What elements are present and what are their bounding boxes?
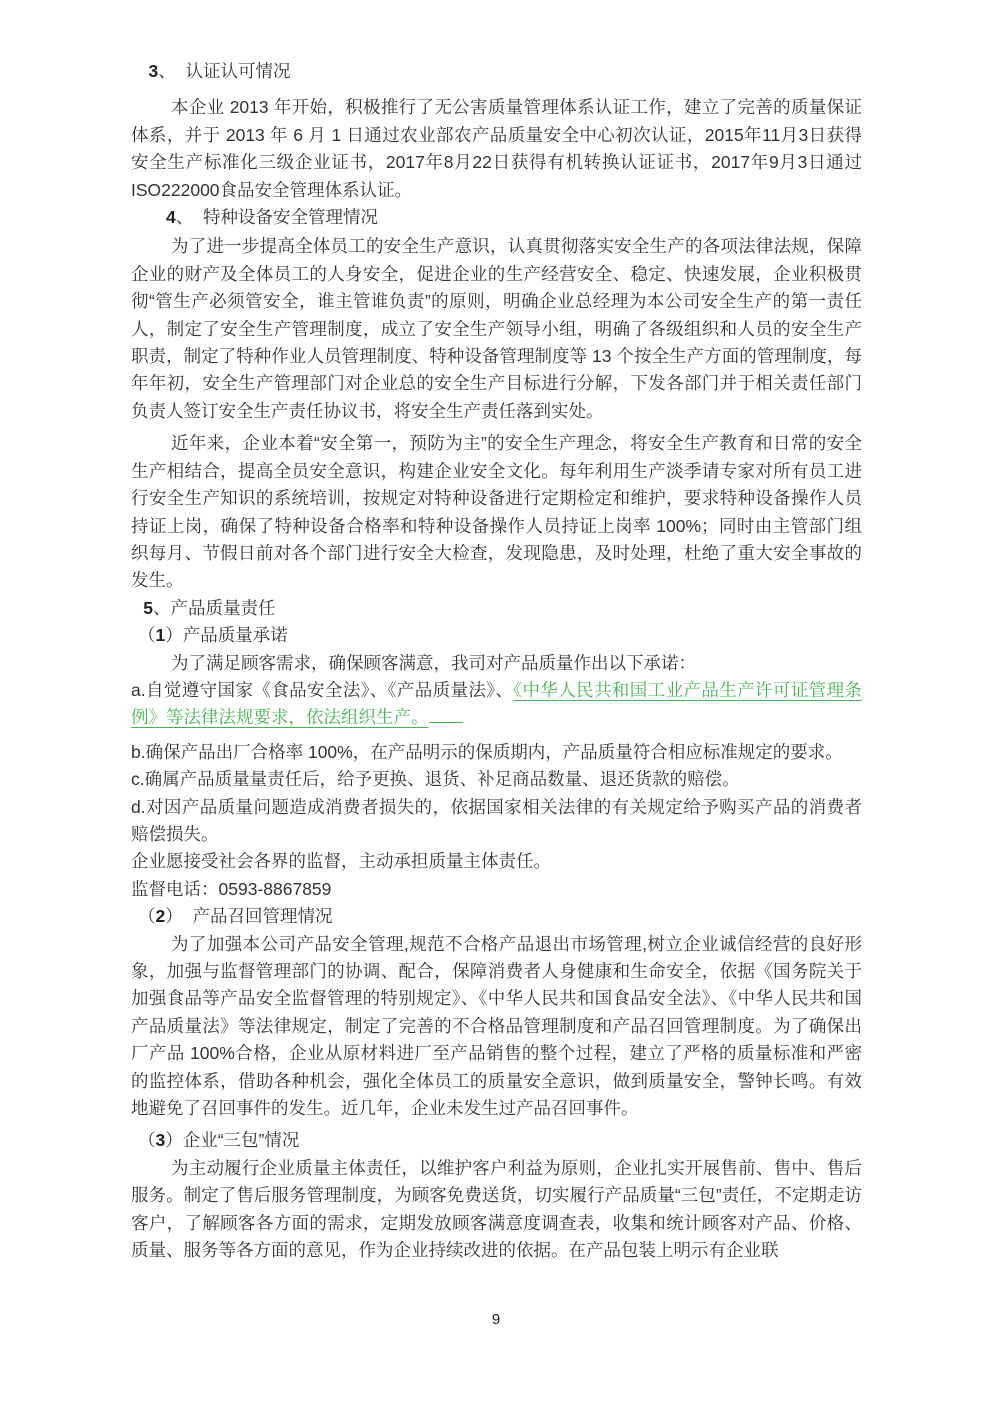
para-supervision-statement: 企业愿接受社会各界的监督，主动承担质量主体责任。 [131, 848, 862, 875]
heading-text: 产品召回管理情况 [192, 906, 332, 926]
para-commitment-intro: 为了满足顾客需求，确保顾客满意，我司对产品质量作出以下承诺： [131, 650, 862, 677]
heading-number: 3 [149, 61, 159, 81]
document-page: 3、 认证认可情况本企业 2013 年开始，积极推行了无公害质量管理体系认证工作… [0, 0, 992, 1402]
heading-text: 企业“三包”情况 [183, 1130, 300, 1150]
para-safety-management-2: 近年来，企业本着“安全第一，预防为主”的安全生产理念，将安全生产教育和日常的安全… [131, 430, 862, 594]
link-underline-tail [429, 707, 463, 724]
heading-text: 产品质量责任 [170, 598, 275, 618]
heading-number: 4 [166, 207, 176, 227]
heading-text: 认证认可情况 [185, 61, 290, 81]
heading-5-2-product-recall: （2） 产品召回管理情况 [131, 903, 862, 930]
para-three-guarantees: 为主动履行企业质量主体责任，以维护客户利益为原则，企业扎实开展售前、售中、售后服… [131, 1155, 862, 1265]
heading-3-certification: 3、 认证认可情况 [131, 58, 862, 85]
heading-text: 特种设备安全管理情况 [203, 207, 378, 227]
heading-5-product-quality-responsibility: 5、产品质量责任 [131, 595, 862, 622]
document-content: 3、 认证认可情况本企业 2013 年开始，积极推行了无公害质量管理体系认证工作… [131, 58, 862, 1264]
para-commitment-b: b.确保产品出厂合格率 100%，在产品明示的保质期内，产品质量符合相应标准规定… [131, 739, 862, 766]
heading-text: ） [165, 906, 192, 926]
heading-text: （ [138, 1130, 156, 1150]
heading-text: 、 [176, 207, 203, 227]
heading-number: 1 [156, 625, 166, 645]
para-commitment-c: c.确属产品质量量责任后，给予更换、退货、补足商品数量、退还货款的赔偿。 [131, 766, 862, 793]
heading-text: 、 [158, 61, 185, 81]
heading-text: 、 [153, 598, 171, 618]
para-product-recall: 为了加强本公司产品安全管理,规范不合格产品退出市场管理,树立企业诚信经营的良好形… [131, 931, 862, 1123]
heading-text: ） [165, 625, 183, 645]
heading-4-special-equipment-safety: 4、 特种设备安全管理情况 [131, 204, 862, 231]
para-commitment-d: d.对因产品质量问题造成消费者损失的，依据国家相关法律的有关规定给予购买产品的消… [131, 794, 862, 849]
heading-number: 5 [143, 598, 153, 618]
page-number: 9 [0, 1310, 992, 1330]
para-commitment-a: a.自觉遵守国家《食品安全法》、《产品质量法》、《中华人民共和国工业产品生产许可… [131, 677, 862, 732]
heading-text: （ [138, 625, 156, 645]
heading-number: 3 [156, 1130, 166, 1150]
heading-text: ） [165, 1130, 183, 1150]
heading-5-1-quality-commitment: （1）产品质量承诺 [131, 622, 862, 649]
heading-5-3-three-guarantees: （3）企业“三包”情况 [131, 1127, 862, 1154]
paragraph-text: a.自觉遵守国家《食品安全法》、《产品质量法》、 [131, 680, 513, 700]
heading-text: 产品质量承诺 [183, 625, 288, 645]
para-safety-management-1: 为了进一步提高全体员工的安全生产意识，认真贯彻落实安全生产的各项法律法规，保障企… [131, 233, 862, 425]
heading-number: 2 [156, 906, 166, 926]
heading-text: （ [138, 906, 156, 926]
para-supervision-phone: 监督电话：0593-8867859 [131, 876, 862, 903]
para-certification: 本企业 2013 年开始，积极推行了无公害质量管理体系认证工作，建立了完善的质量… [131, 94, 862, 204]
